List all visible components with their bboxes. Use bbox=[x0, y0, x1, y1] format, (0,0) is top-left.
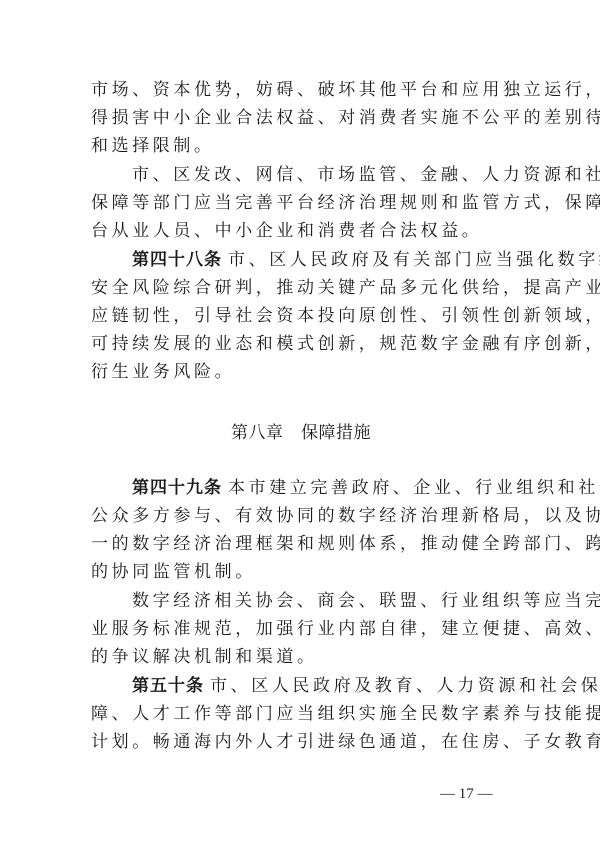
article-48-first-line: 第四十八条市、区人民政府及有关部门应当强化数字经济 bbox=[132, 246, 600, 274]
page-number: — 17 — bbox=[440, 786, 493, 803]
text-line: 应链韧性，引导社会资本投向原创性、引领性创新领域，支持 bbox=[91, 302, 600, 330]
article-number: 第五十条 bbox=[132, 676, 204, 696]
text-line: 市、区人民政府及教育、人力资源和社会保 bbox=[210, 676, 600, 696]
article-number: 第四十九条 bbox=[132, 478, 222, 498]
text-line: 台从业人员、中小企业和消费者合法权益。 bbox=[91, 217, 482, 245]
text-line: 一的数字经济治理框架和规则体系，推动健全跨部门、跨地区 bbox=[91, 530, 600, 558]
text-line: 公众多方参与、有效协同的数字经济治理新格局，以及协调统 bbox=[91, 502, 600, 530]
text-line: 和选择限制。 bbox=[91, 132, 215, 160]
text-line: 数字经济相关协会、商会、联盟、行业组织等应当完善行 bbox=[132, 587, 600, 615]
text-line: 业服务标准规范，加强行业内部自律，建立便捷、高效、友好 bbox=[91, 615, 600, 643]
text-line: 可持续发展的业态和模式创新，规范数字金融有序创新，严防 bbox=[91, 330, 600, 358]
text-line: 的协同监管机制。 bbox=[91, 558, 256, 586]
text-line: 本市建立完善政府、企业、行业组织和社会 bbox=[228, 478, 600, 498]
text-line: 市、区人民政府及有关部门应当强化数字经济 bbox=[228, 250, 600, 270]
article-49-first-line: 第四十九条本市建立完善政府、企业、行业组织和社会 bbox=[132, 474, 600, 502]
text-line: 的争议解决机制和渠道。 bbox=[91, 643, 318, 671]
text-line: 市、区发改、网信、市场监管、金融、人力资源和社会 bbox=[132, 161, 600, 189]
text-line: 障、人才工作等部门应当组织实施全民数字素养与技能提升 bbox=[91, 700, 600, 728]
chapter-heading: 第八章 保障措施 bbox=[91, 418, 511, 443]
text-line: 计划。畅通海内外人才引进绿色通道，在住房、子女教育、 bbox=[91, 728, 600, 756]
text-line: 得损害中小企业合法权益、对消费者实施不公平的差别待遇 bbox=[91, 104, 600, 132]
text-line: 安全风险综合研判，推动关键产品多元化供给，提高产业链供 bbox=[91, 274, 600, 302]
text-line: 衍生业务风险。 bbox=[91, 358, 235, 386]
article-number: 第四十八条 bbox=[132, 250, 222, 270]
article-50-first-line: 第五十条市、区人民政府及教育、人力资源和社会保 bbox=[132, 672, 600, 700]
text-line: 保障等部门应当完善平台经济治理规则和监管方式，保障平 bbox=[91, 189, 600, 217]
text-line: 市场、资本优势，妨碍、破坏其他平台和应用独立运行，不 bbox=[91, 76, 600, 104]
